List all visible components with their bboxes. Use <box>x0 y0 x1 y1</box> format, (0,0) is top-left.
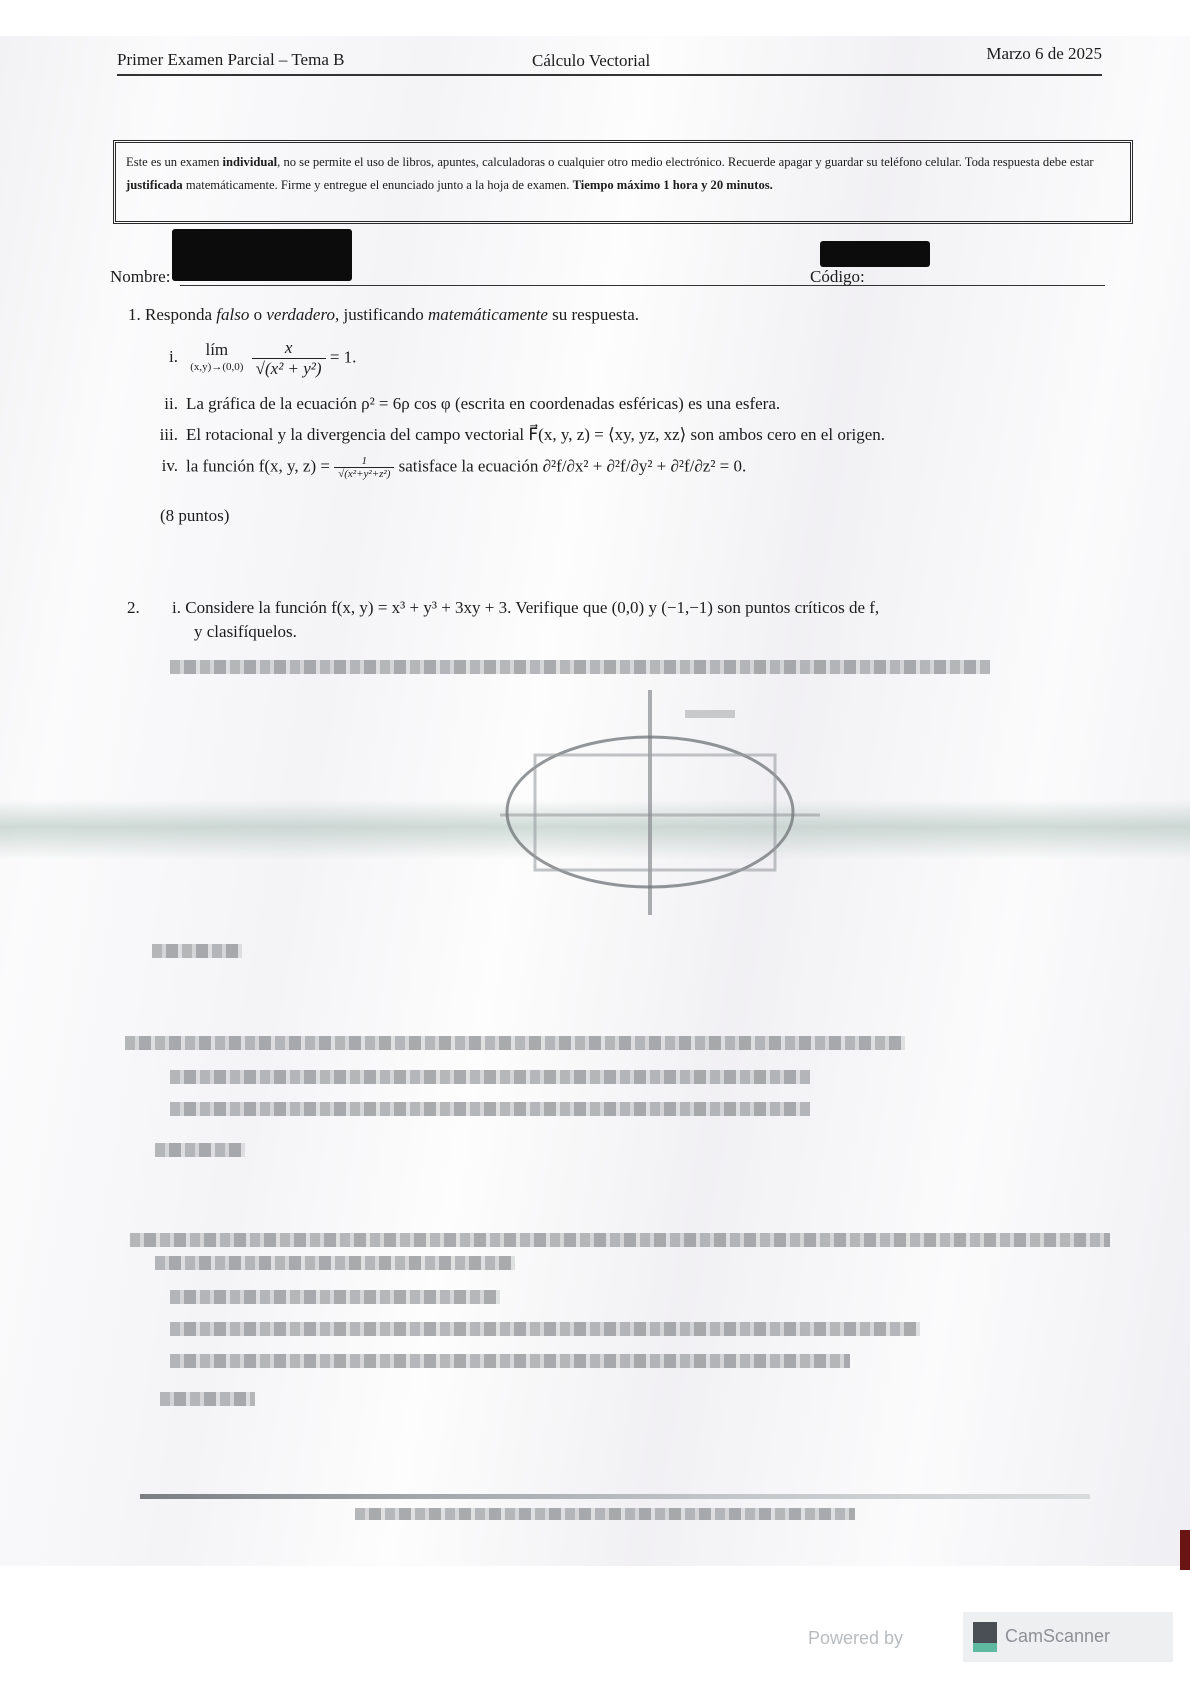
obscured-footer-text <box>355 1508 855 1520</box>
obscured-text-line <box>170 660 990 674</box>
obscured-question-3 <box>125 1036 905 1050</box>
item-number: ii. <box>140 394 178 414</box>
watermark-brand-name: CamScanner <box>1005 1626 1110 1647</box>
numerator: 1 <box>334 455 394 468</box>
obscured-points <box>152 944 242 958</box>
code-label: Código: <box>810 267 865 287</box>
obscured-item <box>170 1070 810 1084</box>
instructions-box: Este es un examen individual, no se perm… <box>113 140 1133 224</box>
question-1-prompt: 1. Responda falso o verdadero, justifica… <box>128 305 639 325</box>
numerator: x <box>252 338 326 359</box>
question-1-points: (8 puntos) <box>160 506 229 526</box>
scanner-watermark: Powered by CamScanner <box>808 1612 1178 1662</box>
course-name: Cálculo Vectorial <box>532 51 650 71</box>
obscured-item <box>170 1322 920 1336</box>
code-field[interactable] <box>880 285 1105 286</box>
question-1-item-iv: iv.la función f(x, y, z) = 1 √(x²+y²+z²)… <box>140 455 746 480</box>
equation-tail: = 1. <box>330 347 357 366</box>
name-field[interactable] <box>180 285 915 286</box>
instructions-emphasis: individual <box>223 155 278 169</box>
question-1-item-iii: iii.El rotacional y la divergencia del c… <box>140 425 885 445</box>
obscured-points <box>155 1143 245 1157</box>
limit-operator: lím (x,y)→(0,0) <box>190 342 243 375</box>
instructions-text: Este es un examen <box>126 155 223 169</box>
redacted-name <box>172 229 352 281</box>
denominator: √(x² + y²) <box>252 359 326 379</box>
item-number: i. <box>140 347 178 367</box>
item-text: Considere la función f(x, y) = x³ + y³ +… <box>185 598 879 617</box>
prompt-italic: matemáticamente <box>428 305 548 324</box>
question-2-item-i: i. Considere la función f(x, y) = x³ + y… <box>172 598 879 618</box>
exam-title: Primer Examen Parcial – Tema B <box>117 50 344 70</box>
instructions-emphasis: justificada <box>126 178 183 192</box>
item-number: iv. <box>140 456 178 476</box>
item-text: La gráfica de la ecuación ρ² = 6ρ cos φ … <box>186 394 780 413</box>
obscured-question-4-cont <box>155 1256 515 1270</box>
watermark-brand: CamScanner <box>963 1612 1173 1662</box>
question-number: 1. <box>128 305 141 324</box>
name-label: Nombre: <box>110 267 170 287</box>
fraction: x √(x² + y²) <box>252 338 326 379</box>
prompt-italic: falso <box>216 305 249 324</box>
time-limit: Tiempo máximo 1 hora y 20 minutos. <box>573 178 773 192</box>
item-text: El rotacional y la divergencia del campo… <box>186 425 885 444</box>
lim-text: lím <box>205 340 228 359</box>
prompt-text: su respuesta. <box>548 305 639 324</box>
item-number: i. <box>172 598 181 617</box>
item-text: la función f(x, y, z) = <box>186 456 334 475</box>
redacted-code <box>820 241 930 267</box>
item-number: iii. <box>140 425 178 445</box>
instructions-text: , no se permite el uso de libros, apunte… <box>277 155 1093 169</box>
prompt-text: Responda <box>145 305 216 324</box>
exam-header: Primer Examen Parcial – Tema B Cálculo V… <box>117 48 1102 76</box>
prompt-text: , justificando <box>335 305 428 324</box>
fraction: 1 √(x²+y²+z²) <box>334 455 394 480</box>
exam-date: Marzo 6 de 2025 <box>986 44 1102 64</box>
obscured-item <box>170 1102 810 1116</box>
obscured-item <box>170 1290 500 1304</box>
student-info-row: Nombre: Código: <box>110 255 1105 289</box>
item-text: satisface la ecuación ∂²f/∂x² + ∂²f/∂y² … <box>399 456 747 475</box>
obscured-question-4 <box>130 1233 1110 1247</box>
question-2-number: 2. <box>127 598 140 618</box>
footer-rule <box>140 1494 1090 1499</box>
watermark-powered-by: Powered by <box>808 1628 903 1649</box>
prompt-italic: verdadero <box>266 305 335 324</box>
obscured-points <box>160 1392 255 1406</box>
instructions-text: matemáticamente. Firme y entregue el enu… <box>183 178 573 192</box>
background-edge <box>1180 1530 1190 1570</box>
question-2-item-i-cont: y clasifíquelos. <box>194 622 297 642</box>
obscured-item <box>170 1354 850 1368</box>
denominator: √(x²+y²+z²) <box>334 468 394 480</box>
camscanner-logo-icon <box>973 1622 997 1652</box>
lim-subscript: (x,y)→(0,0) <box>190 361 243 373</box>
ellipse-diagram <box>500 690 820 920</box>
question-1-item-ii: ii.La gráfica de la ecuación ρ² = 6ρ cos… <box>140 394 780 414</box>
prompt-text: o <box>249 305 266 324</box>
question-1-item-i: i. lím (x,y)→(0,0) x √(x² + y²) = 1. <box>140 338 356 379</box>
